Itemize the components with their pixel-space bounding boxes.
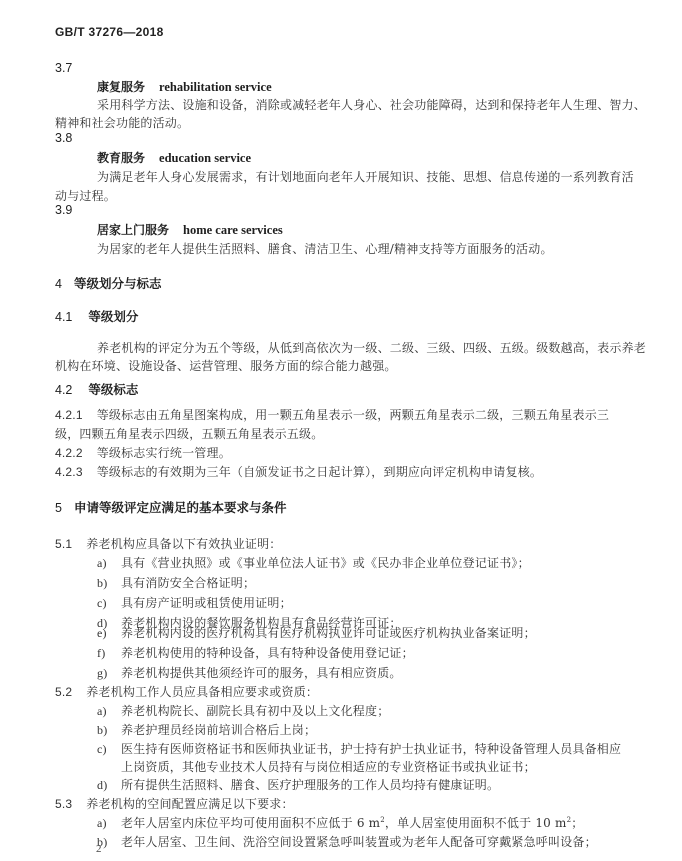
term-number: 3.7 (55, 61, 72, 75)
clause-number: 5.1 (55, 537, 72, 551)
list-item: c)具有房产证明或租赁使用证明； (97, 594, 292, 611)
list-item: e)养老机构内设的医疗机构具有医疗机构执业许可证或医疗机构执业备案证明； (97, 624, 536, 641)
term-number: 3.8 (55, 131, 72, 145)
list-item: a)具有《营业执照》或《事业单位法人证书》或《民办非企业单位登记证书》； (97, 554, 530, 571)
document-page: GB/T 37276—2018 3.7 康复服务rehabilitation s… (0, 0, 682, 861)
list-item-cont: 上岗资质，其他专业技术人员持有与岗位相适应的专业资格证书或执业证书； (121, 758, 536, 775)
clause-number: 5.2 (55, 685, 72, 699)
clause-text: 养老机构应具备以下有效执业证明： (86, 537, 281, 551)
clause-number: 4.2.2 (55, 446, 83, 460)
list-item: d)所有提供生活照料、膳食、医疗护理服务的工作人员均持有健康证明。 (97, 776, 499, 793)
clause-number: 4.2.1 (55, 408, 83, 422)
paragraph-cont: 机构在环境、设施设备、运营管理、服务方面的综合能力越强。 (55, 357, 397, 374)
clause-text: 养老机构的空间配置应满足以下要求： (86, 797, 293, 811)
list-item: a)养老机构院长、副院长具有初中及以上文化程度； (97, 702, 389, 719)
term-definition: 为居家的老年人提供生活照料、膳食、清洁卫生、心理/精神支持等方面服务的活动。 (97, 240, 553, 257)
clause-text: 养老机构工作人员应具备相应要求或资质： (86, 685, 318, 699)
paragraph: 养老机构的评定分为五个等级，从低到高依次为一级、二级、三级、四级、五级。级数越高… (97, 339, 646, 356)
section-number: 5 (55, 501, 62, 515)
section-heading: 4等级划分与标志 (55, 274, 161, 292)
subsection-title: 等级标志 (88, 382, 138, 397)
list-item: g)养老机构提供其他须经许可的服务，具有相应资质。 (97, 664, 402, 681)
subsection-heading: 4.2等级标志 (55, 380, 138, 398)
term-en: home care services (183, 223, 283, 237)
clause: 4.2.2等级标志实行统一管理。 (55, 444, 231, 461)
term-en: rehabilitation service (159, 80, 272, 94)
subsection-number: 4.1 (55, 310, 72, 324)
list-item: b)老年人居室、卫生间、洗浴空间设置紧急呼叫装置或为老年人配备可穿戴紧急呼叫设备… (97, 833, 597, 850)
term-definition: 为满足老年人身心发展需求，有计划地面向老年人开展知识、技能、思想、信息传递的一系… (97, 168, 634, 185)
term-zh: 康复服务 (97, 80, 145, 94)
clause-text: 等级标志的有效期为三年（自颁发证书之日起计算），到期应向评定机构申请复核。 (97, 465, 542, 479)
clause: 5.2养老机构工作人员应具备相应要求或资质： (55, 683, 318, 700)
clause-number: 4.2.3 (55, 465, 83, 479)
section-title: 申请等级评定应满足的基本要求与条件 (74, 500, 287, 515)
term-en: education service (159, 151, 251, 165)
section-heading: 5申请等级评定应满足的基本要求与条件 (55, 498, 286, 516)
list-item: c)医生持有医师资格证书和医师执业证书，护士持有护士执业证书，特种设备管理人员具… (97, 740, 621, 757)
term-title: 居家上门服务home care services (97, 221, 283, 238)
clause-text: 等级标志由五角星图案构成，用一颗五角星表示一级，两颗五角星表示二级，三颗五角星表… (97, 408, 609, 422)
clause: 5.1养老机构应具备以下有效执业证明： (55, 535, 282, 552)
term-definition: 采用科学方法、设施和设备，消除或减轻老年人身心、社会功能障碍，达到和保持老年人生… (97, 96, 646, 113)
term-zh: 居家上门服务 (97, 223, 169, 237)
clause-text-cont: 级，四颗五角星表示四级，五颗五角星表示五级。 (55, 425, 323, 442)
term-title: 康复服务rehabilitation service (97, 78, 272, 95)
subsection-title: 等级划分 (88, 309, 138, 324)
term-definition-cont: 动与过程。 (55, 187, 116, 204)
clause: 5.3养老机构的空间配置应满足以下要求： (55, 795, 294, 812)
list-item: f)养老机构使用的特种设备，具有特种设备使用登记证； (97, 644, 414, 661)
clause: 4.2.1等级标志由五角星图案构成，用一颗五角星表示一级，两颗五角星表示二级，三… (55, 406, 609, 423)
subsection-number: 4.2 (55, 383, 72, 397)
term-definition-cont: 精神和社会功能的活动。 (55, 114, 189, 131)
subsection-heading: 4.1等级划分 (55, 307, 138, 325)
standard-header: GB/T 37276—2018 (55, 25, 164, 39)
section-number: 4 (55, 277, 62, 291)
term-title: 教育服务education service (97, 149, 251, 166)
clause: 4.2.3等级标志的有效期为三年（自颁发证书之日起计算），到期应向评定机构申请复… (55, 463, 542, 480)
clause-number: 5.3 (55, 797, 72, 811)
section-title: 等级划分与标志 (74, 276, 162, 291)
term-number: 3.9 (55, 203, 72, 217)
term-zh: 教育服务 (97, 151, 145, 165)
clause-text: 等级标志实行统一管理。 (97, 446, 231, 460)
list-item: b)具有消防安全合格证明； (97, 574, 255, 591)
list-item: a)老年人居室内床位平均可使用面积不应低于 6 m2，单人居室使用面积不低于 1… (97, 814, 583, 831)
page-number: 2 (96, 843, 102, 855)
list-item: b)养老护理员经岗前培训合格后上岗； (97, 721, 316, 738)
